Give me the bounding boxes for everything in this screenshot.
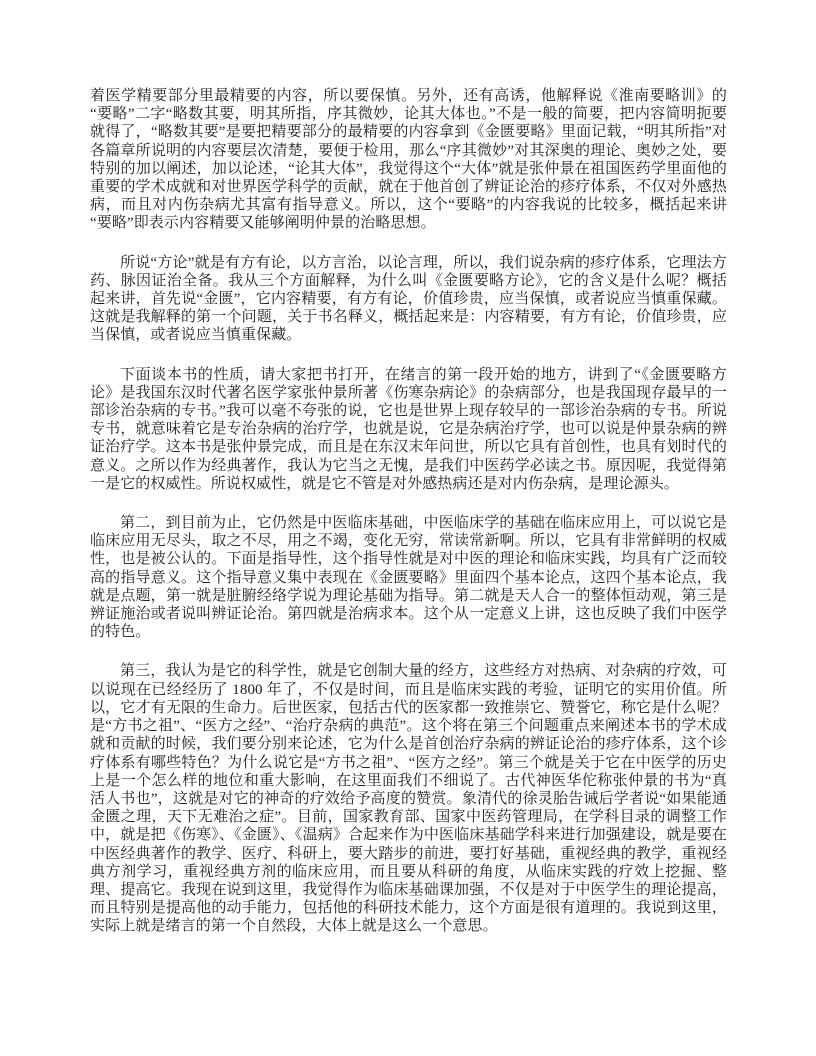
paragraph-4: 第二，到目前为止，它仍然是中医临床基础，中医临床学的基础在临床应用上，可以说它是…: [90, 514, 727, 641]
document-page: 着医学精要部分里最精要的内容，所以要保慎。另外，还有高诱，他解释说《淮南要略训》…: [0, 0, 816, 1056]
paragraph-5: 第三，我认为是它的科学性，就是它创制大量的经方，这些经方对热病、对杂病的疗效，可…: [90, 662, 727, 935]
paragraph-3: 下面谈本书的性质，请大家把书打开，在绪言的第一段开始的地方，讲到了“《金匮要略方…: [90, 366, 727, 493]
paragraph-1: 着医学精要部分里最精要的内容，所以要保慎。另外，还有高诱，他解释说《淮南要略训》…: [90, 87, 727, 233]
paragraph-2: 所说“方论”就是有方有论，以方言治，以论言理，所以，我们说杂病的疹疗体系，它理法…: [90, 254, 727, 345]
